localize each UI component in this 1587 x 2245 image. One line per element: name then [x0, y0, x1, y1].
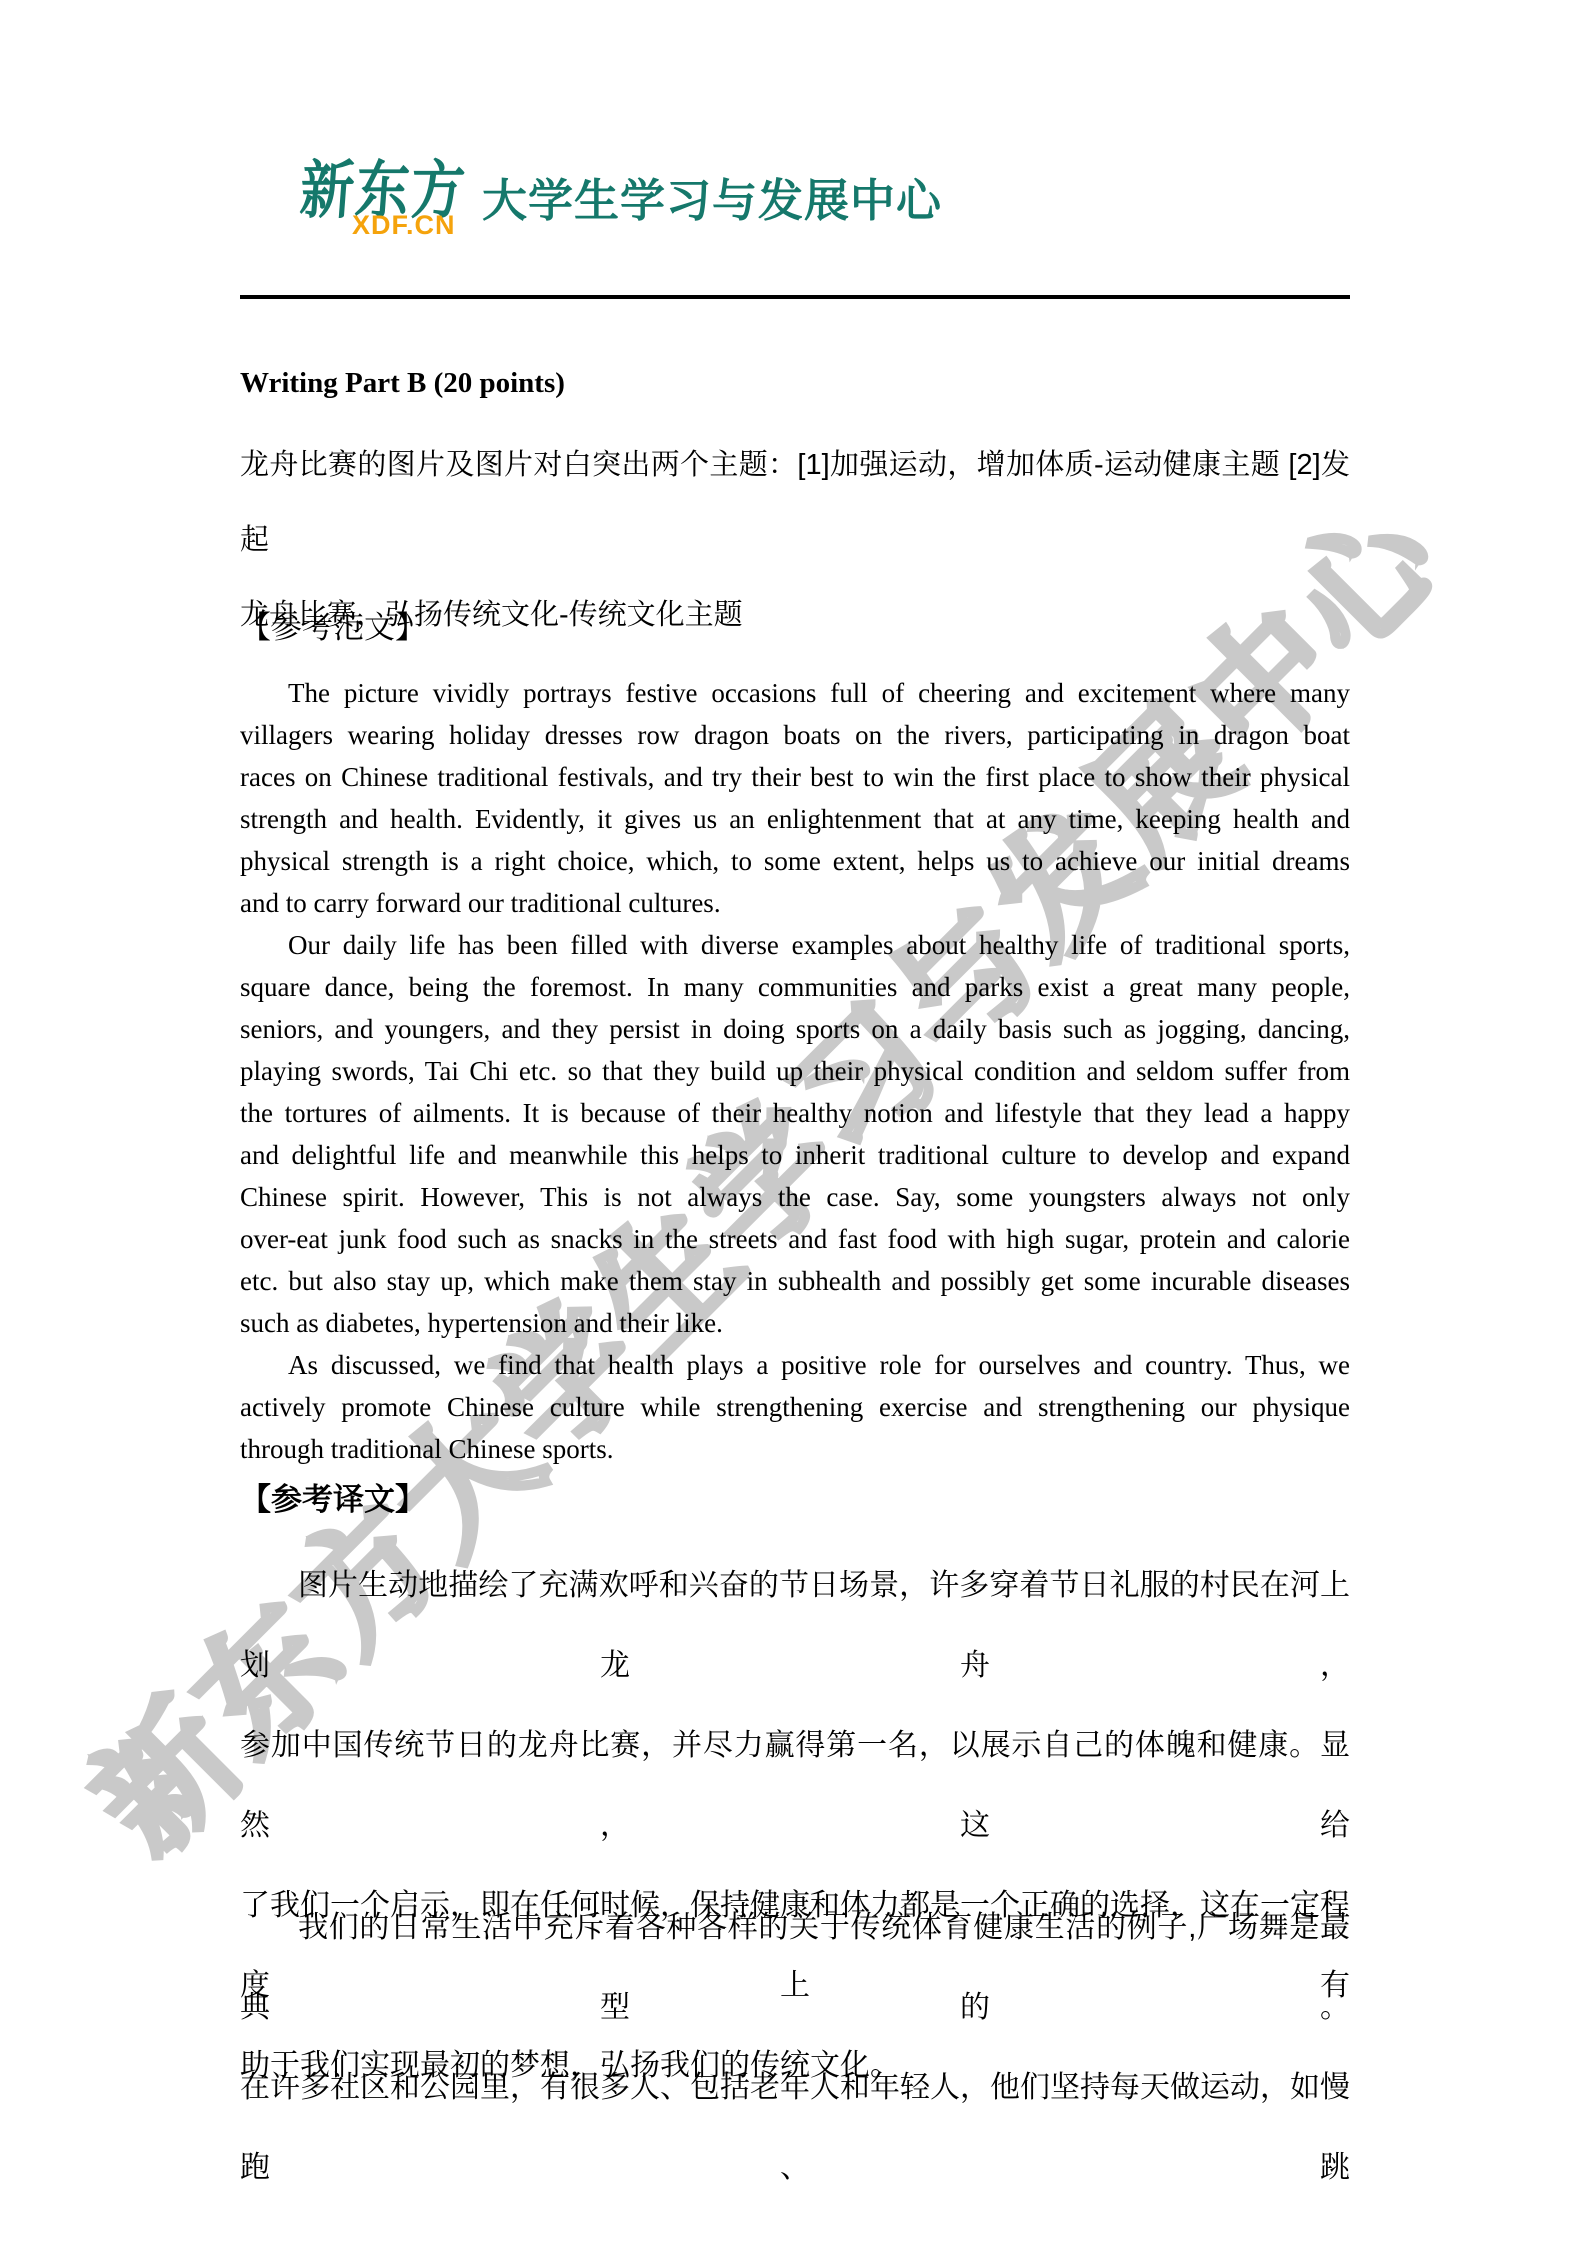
text-line: Our daily life has been filled with dive…: [240, 924, 1350, 966]
text-line: and to carry forward our traditional cul…: [240, 882, 1350, 924]
writing-part-title: Writing Part B (20 points): [240, 366, 1350, 401]
text-line: the tortures of ailments. It is because …: [240, 1092, 1350, 1134]
text-line: As discussed, we find that health plays …: [240, 1344, 1350, 1386]
text-line: strength and health. Evidently, it gives…: [240, 798, 1350, 840]
essay-paragraph-2: Our daily life has been filled with dive…: [240, 924, 1350, 1344]
text-line: Chinese spirit. However, This is not alw…: [240, 1176, 1350, 1218]
sample-essay: The picture vividly portrays festive occ…: [240, 672, 1350, 1470]
text-line: and delightful life and meanwhile this h…: [240, 1134, 1350, 1176]
text-line: 参加中国传统节日的龙舟比赛，并尽力赢得第一名，以展示自己的体魄和健康。显然，这给: [240, 1706, 1350, 1866]
header-divider: [240, 295, 1350, 299]
text-line: 图片生动地描绘了充满欢呼和兴奋的节日场景，许多穿着节日礼服的村民在河上划龙舟，: [240, 1546, 1350, 1706]
translation-paragraph-2: 我们的日常生活中充斥着各种各样的关于传统体育健康生活的例子,广场舞是最典型的。在…: [240, 1888, 1350, 2208]
xdf-logo-domain: XDF.CN: [352, 212, 456, 239]
essay-paragraph-3: As discussed, we find that health plays …: [240, 1344, 1350, 1470]
text-line: 龙舟比赛的图片及图片对白突出两个主题：[1]加强运动，增加体质-运动健康主题 […: [240, 428, 1350, 578]
text-line: such as diabetes, hypertension and their…: [240, 1302, 1350, 1344]
text-line: 在许多社区和公园里，有很多人、包括老年人和年轻人，他们坚持每天做运动，如慢跑、跳: [240, 2048, 1350, 2208]
text-line: playing swords, Tai Chi etc. so that the…: [240, 1050, 1350, 1092]
text-line: The picture vividly portrays festive occ…: [240, 672, 1350, 714]
translation-heading: 【参考译文】: [240, 1480, 1350, 1520]
essay-paragraph-1: The picture vividly portrays festive occ…: [240, 672, 1350, 924]
text-line: seniors, and youngers, and they persist …: [240, 1008, 1350, 1050]
text-line: etc. but also stay up, which make them s…: [240, 1260, 1350, 1302]
text-line: villagers wearing holiday dresses row dr…: [240, 714, 1350, 756]
text-line: 我们的日常生活中充斥着各种各样的关于传统体育健康生活的例子,广场舞是最典型的。: [240, 1888, 1350, 2048]
text-line: physical strength is a right choice, whi…: [240, 840, 1350, 882]
text-line: races on Chinese traditional festivals, …: [240, 756, 1350, 798]
text-line: actively promote Chinese culture while s…: [240, 1386, 1350, 1428]
text-line: through traditional Chinese sports.: [240, 1428, 1350, 1470]
header-center-name: 大学生学习与发展中心: [482, 176, 942, 226]
sample-essay-heading: 【参考范文】: [240, 608, 1350, 648]
text-line: over-eat junk food such as snacks in the…: [240, 1218, 1350, 1260]
text-line: square dance, being the foremost. In man…: [240, 966, 1350, 1008]
document-page: 新东方大学生学习与发展中心 新东方 XDF.CN 大学生学习与发展中心 Writ…: [0, 0, 1587, 2245]
